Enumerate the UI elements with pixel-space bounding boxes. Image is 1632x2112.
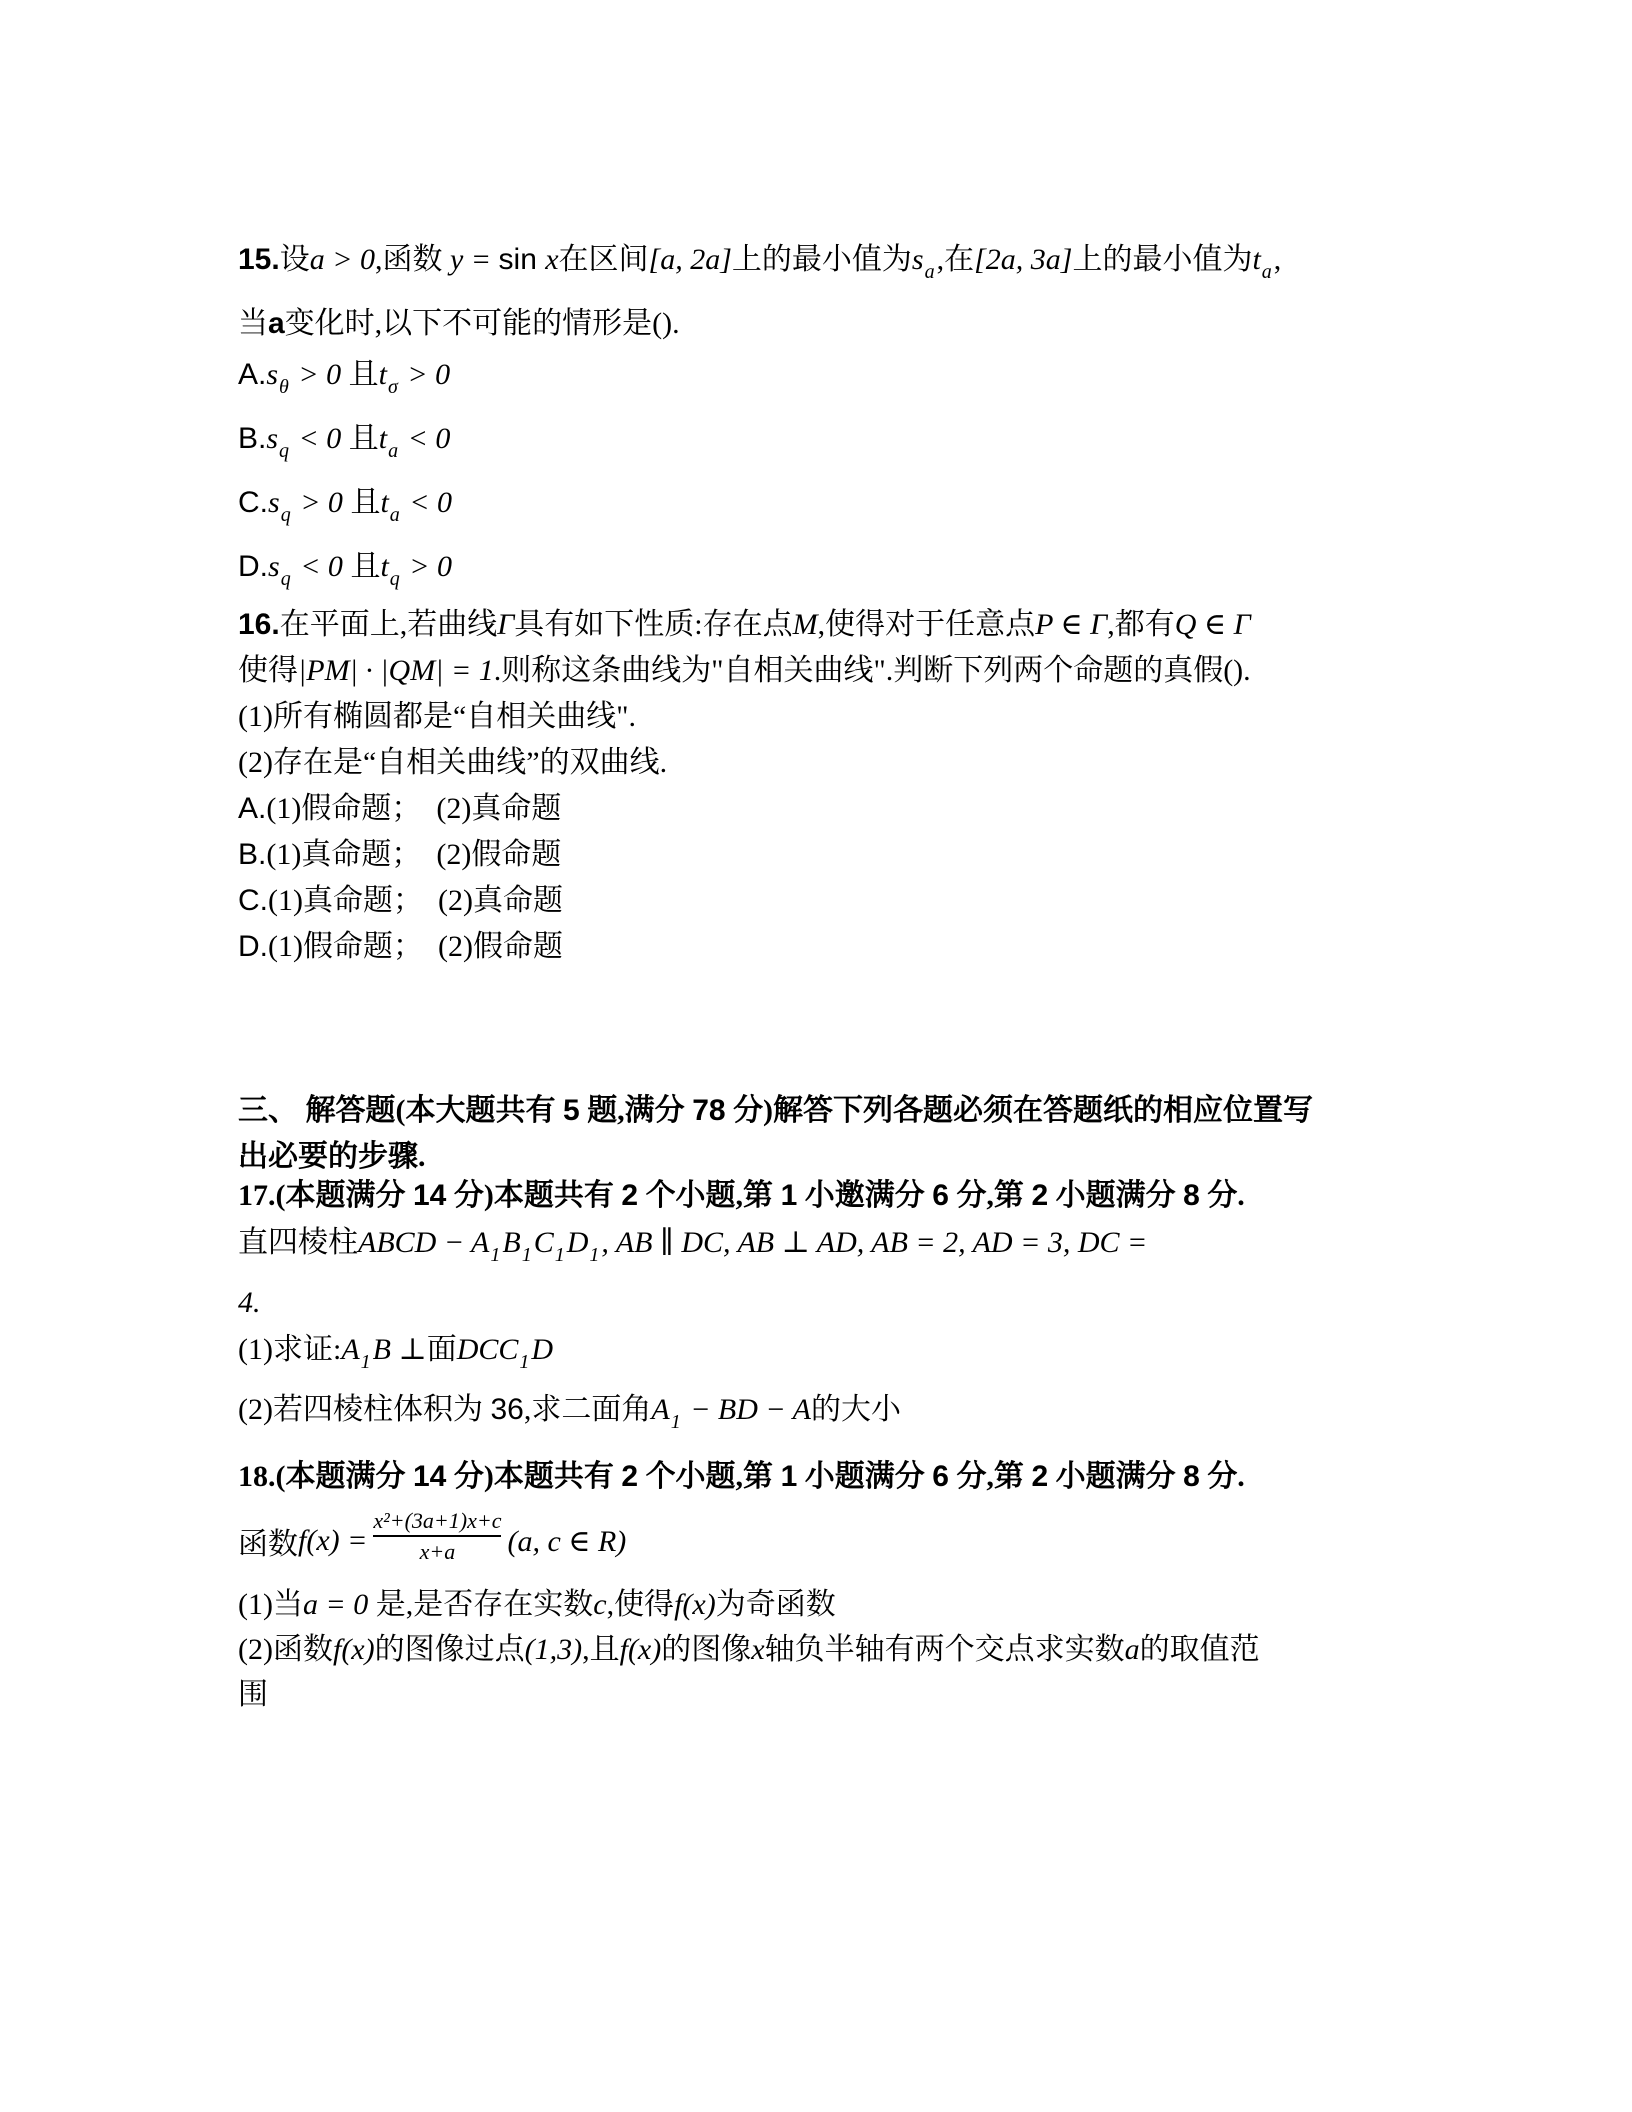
text-segment: D.	[238, 930, 268, 963]
text-segment: 变化时,以下不可能的情形是().	[285, 307, 680, 340]
q18-header: 18.(本题满分 14 分)本题共有 2 个小题,第 1 小题满分 6 分,第 …	[238, 1453, 1488, 1500]
text-segment: A.	[238, 792, 266, 825]
text-segment: , AB ∥ DC, AB ⊥ AD, AB = 2, AD = 3, DC =	[601, 1226, 1147, 1259]
q16-line-1: 16.在平面上,若曲线Γ具有如下性质:存在点M,使得对于任意点P ∈ Γ,都有Q…	[238, 602, 1488, 648]
text-segment: 当	[238, 307, 268, 340]
text-segment: > 0	[400, 358, 450, 391]
text-segment: 上的最小值为	[732, 243, 912, 276]
text-segment: 个小题,第	[638, 1179, 781, 1212]
text-segment: 8	[1183, 1179, 1200, 1212]
exam-page: 15.设a > 0,函数 y = sin x在区间[a, 2a]上的最小值为sa…	[0, 0, 1632, 2112]
text-segment: x	[751, 1633, 764, 1666]
q15-line-1: 15.设a > 0,函数 y = sin x在区间[a, 2a]上的最小值为sa…	[238, 234, 1488, 298]
text-segment: s	[912, 243, 924, 276]
text-segment: (1)假命题； (2)假命题	[268, 930, 563, 963]
question-15: 15.设a > 0,函数 y = sin x在区间[a, 2a]上的最小值为sa…	[238, 234, 1488, 605]
fraction-numerator: x²+(3a+1)x+c	[373, 1508, 501, 1533]
text-segment: 上的最小值为	[1072, 243, 1252, 276]
text-segment: (1)求证:	[238, 1333, 341, 1366]
text-segment: s	[266, 358, 278, 391]
text-segment: a	[268, 307, 285, 340]
q15-line-2: 当a变化时,以下不可能的情形是().	[238, 298, 1488, 349]
text-segment: ,都有	[1107, 608, 1175, 641]
text-segment: 14	[413, 1179, 446, 1212]
text-segment: 在平面上,若曲线	[280, 608, 498, 641]
text-segment: ,使得	[607, 1588, 675, 1621]
text-segment: 6	[932, 1460, 949, 1493]
text-segment: q	[279, 440, 289, 462]
text-segment: 的图像过点	[375, 1633, 525, 1666]
text-segment: 出必要的步骤.	[238, 1140, 426, 1173]
text-segment: 16.	[238, 608, 280, 641]
text-segment: (1)真命题； (2)假命题	[266, 838, 561, 871]
text-segment: 分)本题共有	[446, 1460, 621, 1493]
text-segment: q	[281, 504, 291, 526]
text-segment: 题,满分	[580, 1094, 693, 1127]
text-segment: (1)假命题； (2)真命题	[266, 792, 561, 825]
text-segment: ,在	[937, 243, 975, 276]
text-segment: (1)所有椭圆都是“自相关曲线".	[238, 700, 636, 733]
text-segment: 轴负半轴有两个交点求实数	[765, 1633, 1125, 1666]
text-segment: 2	[1031, 1460, 1048, 1493]
q17-body-line-1: 直四棱柱ABCD − A1B1C1D1, AB ∥ DC, AB ⊥ AD, A…	[238, 1219, 1488, 1279]
text-segment: − BD − A	[683, 1393, 811, 1426]
text-segment: 4.	[238, 1286, 261, 1319]
text-segment: A	[651, 1393, 669, 1426]
text-segment: a = 0	[303, 1588, 376, 1621]
text-segment: ,函数	[375, 243, 450, 276]
text-segment: s	[268, 486, 280, 519]
text-segment: ABCD − A	[358, 1226, 489, 1259]
text-segment: sin	[499, 243, 546, 276]
text-segment: > 0	[293, 486, 351, 519]
text-segment: 78	[692, 1094, 725, 1127]
text-segment: a	[388, 440, 398, 462]
text-segment: 小题满分	[1048, 1179, 1183, 1212]
q15-option-c: C.sq > 0 且ta < 0	[238, 477, 1488, 541]
text-segment: D	[531, 1333, 553, 1366]
text-segment: C	[534, 1226, 554, 1259]
q16-statement-2: (2)存在是“自相关曲线”的双曲线.	[238, 740, 1488, 786]
text-segment: 1	[361, 1351, 371, 1373]
text-segment: (1)当	[238, 1588, 303, 1621]
q16-statement-1: (1)所有椭圆都是“自相关曲线".	[238, 694, 1488, 740]
text-segment: A	[341, 1333, 359, 1366]
text-segment: < 0	[402, 486, 452, 519]
text-segment: t	[380, 486, 388, 519]
text-segment: B	[373, 1333, 391, 1366]
text-segment: (2)存在是“自相关曲线”的双曲线.	[238, 746, 667, 779]
text-segment: 分,第	[949, 1179, 1032, 1212]
text-segment: t	[379, 358, 387, 391]
text-segment: 5	[563, 1094, 580, 1127]
text-segment: 2	[621, 1179, 638, 1212]
question-17: 17.(本题满分 14 分)本题共有 2 个小题,第 1 小邀满分 6 分,第 …	[238, 1172, 1488, 1446]
text-segment: .则称这条曲线为"自相关曲线".判断下列两个命题的真假().	[494, 654, 1251, 687]
text-segment: f(x)	[620, 1633, 662, 1666]
text-segment: 1	[781, 1179, 798, 1212]
text-segment: DCC	[457, 1333, 519, 1366]
text-segment: (1,3)	[525, 1633, 582, 1666]
text-segment: Q ∈ Γ	[1175, 608, 1251, 641]
text-segment: 小题满分	[797, 1460, 932, 1493]
text-segment: 具有如下性质:存在点	[514, 608, 792, 641]
text-segment: 且	[350, 550, 380, 583]
q17-subquestion-1: (1)求证:A1B ⊥面DCC1D	[238, 1326, 1488, 1386]
text-segment: t	[1252, 243, 1260, 276]
text-segment: ,求二面角	[524, 1393, 652, 1426]
text-segment: Γ	[497, 608, 514, 641]
text-segment: 分)解答下列各题必须在答题纸的相应位置写	[726, 1094, 1314, 1127]
text-segment: 的取值范	[1140, 1633, 1260, 1666]
text-segment: (1)真命题； (2)真命题	[268, 884, 563, 917]
text-segment: 15.	[238, 243, 280, 276]
text-segment: s	[266, 422, 278, 455]
text-segment: 设	[280, 243, 310, 276]
text-segment: 个小题,第	[638, 1460, 781, 1493]
q16-option-d: D.(1)假命题； (2)假命题	[238, 924, 1488, 970]
q17-body-line-2: 4.	[238, 1279, 1488, 1326]
text-segment: 为奇函数	[716, 1588, 836, 1621]
text-segment: 直四棱柱	[238, 1226, 358, 1259]
text-segment: [a, 2a]	[649, 243, 732, 276]
text-segment: 1	[781, 1460, 798, 1493]
text-segment: A.	[238, 358, 266, 391]
text-segment: 的大小	[811, 1393, 901, 1426]
text-segment: 使得	[238, 654, 298, 687]
q18-formula-domain: (a, c ∈ R)	[507, 1524, 626, 1559]
text-segment: x	[545, 243, 558, 276]
text-segment: 1	[519, 1351, 529, 1373]
q18-formula: 函数 f(x) = x²+(3a+1)x+c x+a (a, c ∈ R)	[238, 1500, 1488, 1582]
q18-subquestion-2-line-2: 围	[238, 1672, 1488, 1717]
text-segment: 1	[522, 1244, 532, 1266]
text-segment: t	[379, 422, 387, 455]
text-segment: 小邀满分	[797, 1179, 932, 1212]
text-segment: a	[1125, 1633, 1140, 1666]
q15-option-b: B.sq < 0 且ta < 0	[238, 413, 1488, 477]
text-segment: ⊥	[391, 1333, 427, 1366]
q18-subquestion-2-line-1: (2)函数f(x)的图像过点(1,3),且f(x)的图像x轴负半轴有两个交点求实…	[238, 1627, 1488, 1672]
text-segment: 分.	[1200, 1179, 1245, 1212]
q18-formula-lhs: f(x) =	[298, 1524, 367, 1558]
text-segment: 6	[932, 1179, 949, 1212]
text-segment: B	[502, 1226, 520, 1259]
text-segment: > 0	[402, 550, 452, 583]
text-segment: 1	[555, 1244, 565, 1266]
text-segment: a > 0	[310, 243, 375, 276]
text-segment: a	[925, 261, 935, 283]
question-16: 16.在平面上,若曲线Γ具有如下性质:存在点M,使得对于任意点P ∈ Γ,都有Q…	[238, 602, 1488, 970]
text-segment: C.	[238, 486, 268, 519]
text-segment: 且	[350, 486, 380, 519]
text-segment: 是,是否存在实数	[376, 1588, 594, 1621]
text-segment: D	[567, 1226, 589, 1259]
text-segment: c	[593, 1588, 606, 1621]
text-segment: 围	[238, 1678, 268, 1711]
text-segment: |PM| · |QM| = 1	[298, 654, 494, 687]
text-segment: θ	[279, 376, 289, 398]
q17-header: 17.(本题满分 14 分)本题共有 2 个小题,第 1 小邀满分 6 分,第 …	[238, 1172, 1488, 1219]
text-segment: 分)本题共有	[446, 1179, 621, 1212]
text-segment: ,使得对于任意点	[818, 608, 1036, 641]
q16-option-b: B.(1)真命题； (2)假命题	[238, 832, 1488, 878]
text-segment: < 0	[400, 422, 450, 455]
q16-option-c: C.(1)真命题； (2)真命题	[238, 878, 1488, 924]
text-segment: 小题满分	[1048, 1460, 1183, 1493]
text-segment: (2)若四棱柱体积为	[238, 1393, 490, 1426]
section-3-header: 三、 解答题(本大题共有 5 题,满分 78 分)解答下列各题必须在答题纸的相应…	[238, 1088, 1488, 1180]
q15-option-a: A.sθ > 0 且tσ > 0	[238, 349, 1488, 413]
question-18: 18.(本题满分 14 分)本题共有 2 个小题,第 1 小题满分 6 分,第 …	[238, 1453, 1488, 1717]
text-segment: 17.(本题满分	[238, 1179, 413, 1212]
fraction-bar	[373, 1535, 501, 1537]
text-segment: a	[390, 504, 400, 526]
text-segment: 2	[621, 1460, 638, 1493]
q17-subquestion-2: (2)若四棱柱体积为 36,求二面角A1 − BD − A的大小	[238, 1386, 1488, 1446]
text-segment: > 0	[291, 358, 349, 391]
text-segment: 分.	[1200, 1460, 1245, 1493]
text-segment: q	[390, 568, 400, 590]
text-segment: ,	[1274, 243, 1282, 276]
q16-option-a: A.(1)假命题； (2)真命题	[238, 786, 1488, 832]
text-segment: [2a, 3a]	[974, 243, 1072, 276]
text-segment: 三、 解答题(本大题共有	[238, 1094, 563, 1127]
q16-line-2: 使得|PM| · |QM| = 1.则称这条曲线为"自相关曲线".判断下列两个命…	[238, 648, 1488, 694]
q18-formula-prefix: 函数	[238, 1519, 298, 1563]
text-segment: σ	[388, 376, 398, 398]
text-segment: s	[268, 550, 280, 583]
text-segment: 面	[427, 1333, 457, 1366]
text-segment: 2	[1031, 1179, 1048, 1212]
q18-subquestion-1: (1)当a = 0 是,是否存在实数c,使得f(x)为奇函数	[238, 1582, 1488, 1627]
text-segment: 且	[349, 358, 379, 391]
text-segment: f(x)	[333, 1633, 375, 1666]
text-segment: 14	[413, 1460, 446, 1493]
text-segment: 且	[349, 422, 379, 455]
text-segment: < 0	[291, 422, 349, 455]
text-segment: 18.(本题满分	[238, 1460, 413, 1493]
text-segment: 的图像	[661, 1633, 751, 1666]
text-segment: P ∈ Γ	[1035, 608, 1107, 641]
fraction-denominator: x+a	[373, 1539, 501, 1564]
text-segment: D.	[238, 550, 268, 583]
text-segment: < 0	[293, 550, 351, 583]
text-segment: B.	[238, 422, 266, 455]
q18-subquestions: (1)当a = 0 是,是否存在实数c,使得f(x)为奇函数 (2)函数f(x)…	[238, 1582, 1488, 1717]
text-segment: 在区间	[559, 243, 649, 276]
text-segment: a	[1262, 261, 1272, 283]
text-segment: ,且	[582, 1633, 620, 1666]
text-segment: 8	[1183, 1460, 1200, 1493]
text-segment: 分,第	[949, 1460, 1032, 1493]
text-segment: 1	[490, 1244, 500, 1266]
q15-option-d: D.sq < 0 且tq > 0	[238, 541, 1488, 605]
fraction: x²+(3a+1)x+c x+a	[373, 1508, 501, 1564]
text-segment: M	[793, 608, 818, 641]
text-segment: 1	[589, 1244, 599, 1266]
text-segment: q	[281, 568, 291, 590]
text-segment: (2)函数	[238, 1633, 333, 1666]
text-segment: 1	[671, 1411, 681, 1433]
text-segment: 36	[490, 1393, 523, 1426]
section-3-header-line-1: 三、 解答题(本大题共有 5 题,满分 78 分)解答下列各题必须在答题纸的相应…	[238, 1088, 1488, 1134]
text-segment: y =	[450, 243, 499, 276]
text-segment: t	[380, 550, 388, 583]
text-segment: C.	[238, 884, 268, 917]
text-segment: f(x)	[674, 1588, 716, 1621]
text-segment: B.	[238, 838, 266, 871]
